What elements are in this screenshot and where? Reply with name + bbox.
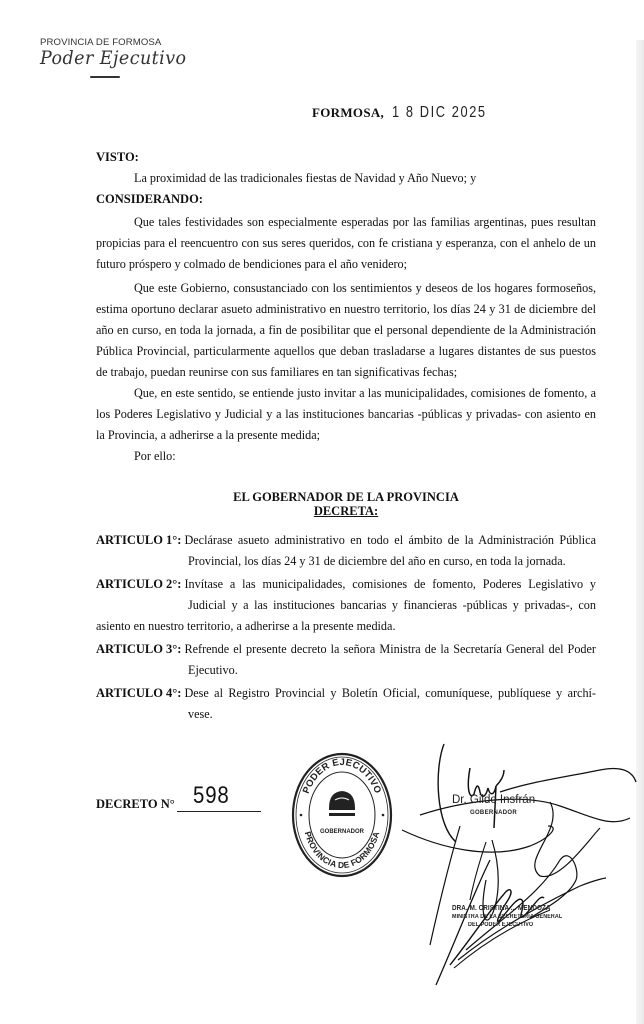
dateline: FORMOSA, 1 8 DIC 2025 bbox=[312, 104, 510, 122]
seal-top-text: PODER EJECUTIVO bbox=[301, 757, 383, 795]
article-4-line1: Dese al Registro Provincial y Boletín Of… bbox=[184, 683, 596, 704]
date-place: FORMOSA, bbox=[312, 105, 384, 121]
minister-title-line2: DEL PODER EJECUTIVO bbox=[468, 922, 533, 928]
article-2-label: ARTICULO 2°: bbox=[96, 574, 184, 595]
article-4-rest: vese. bbox=[96, 704, 596, 725]
svg-text:PODER EJECUTIVO: PODER EJECUTIVO bbox=[301, 757, 383, 795]
article-4-label: ARTICULO 4°: bbox=[96, 683, 184, 704]
articles: ARTICULO 1°: Declárase asueto administra… bbox=[96, 530, 596, 725]
decree-header-governor: EL GOBERNADOR DE LA PROVINCIA bbox=[96, 490, 596, 504]
considerando-paragraph-2: Que este Gobierno, consustanciado con lo… bbox=[96, 278, 596, 383]
visto-heading: VISTO: bbox=[96, 147, 596, 168]
considerando-paragraph-3: Que, en este sentido, se entiende justo … bbox=[96, 383, 596, 446]
decree-number-line: 598 bbox=[177, 787, 261, 812]
article-1: ARTICULO 1°: Declárase asueto administra… bbox=[96, 530, 596, 572]
document-body: VISTO: La proximidad de las tradicionale… bbox=[96, 147, 596, 467]
article-2-line1: Invítase a las municipalidades, comision… bbox=[184, 574, 596, 595]
article-3: ARTICULO 3°: Refrende el presente decret… bbox=[96, 639, 596, 681]
article-2-line2: Judicial y a las instituciones bancarias… bbox=[96, 595, 596, 616]
article-1-line1: Declárase asueto administrativo en todo … bbox=[184, 530, 596, 551]
date-stamp: 1 8 DIC 2025 bbox=[392, 104, 487, 122]
article-2: ARTICULO 2°: Invítase a las municipalida… bbox=[96, 574, 596, 637]
article-3-label: ARTICULO 3°: bbox=[96, 639, 184, 660]
article-3-rest: Ejecutivo. bbox=[96, 660, 596, 681]
visto-text: La proximidad de las tradicionales fiest… bbox=[96, 168, 596, 189]
por-ello: Por ello: bbox=[96, 446, 596, 467]
letterhead: PROVINCIA DE FORMOSA Poder Ejecutivo bbox=[40, 37, 170, 78]
article-1-rest: Provincial, los días 24 y 31 de diciembr… bbox=[96, 551, 596, 572]
article-3-line1: Refrende el presente decreto la señora M… bbox=[184, 639, 596, 660]
letterhead-rule bbox=[90, 76, 120, 78]
governor-title: GOBERNADOR bbox=[470, 810, 517, 816]
minister-title-line1: MINISTRA DE LA SECRETARIA GENERAL bbox=[452, 914, 562, 920]
decree-number: DECRETO N° 598 bbox=[96, 787, 261, 812]
governor-name: Dr. Gildo Insfrán bbox=[452, 794, 535, 806]
article-1-label: ARTICULO 1°: bbox=[96, 530, 184, 551]
letterhead-office: Poder Ejecutivo bbox=[40, 47, 160, 69]
official-seal-icon: PODER EJECUTIVO PROVINCIA DE FORMOSA GOB… bbox=[291, 752, 393, 878]
article-2-rest: asiento en nuestro territorio, a adherir… bbox=[96, 616, 596, 637]
minister-signature-icon bbox=[430, 850, 620, 990]
seal-center-text: GOBERNADOR bbox=[320, 829, 365, 835]
decree-number-value: 598 bbox=[193, 782, 230, 810]
considerando-heading: CONSIDERANDO: bbox=[96, 189, 596, 210]
considerando-paragraph-1: Que tales festividades son especialmente… bbox=[96, 212, 596, 275]
decree-header-decreta: DECRETA: bbox=[96, 504, 596, 518]
article-4: ARTICULO 4°: Dese al Registro Provincial… bbox=[96, 683, 596, 725]
minister-name: DRA. M. CRISTINA ... MENDOZA bbox=[452, 905, 551, 912]
decree-header: EL GOBERNADOR DE LA PROVINCIA DECRETA: bbox=[96, 490, 596, 518]
decree-number-label: DECRETO N° bbox=[96, 797, 175, 812]
